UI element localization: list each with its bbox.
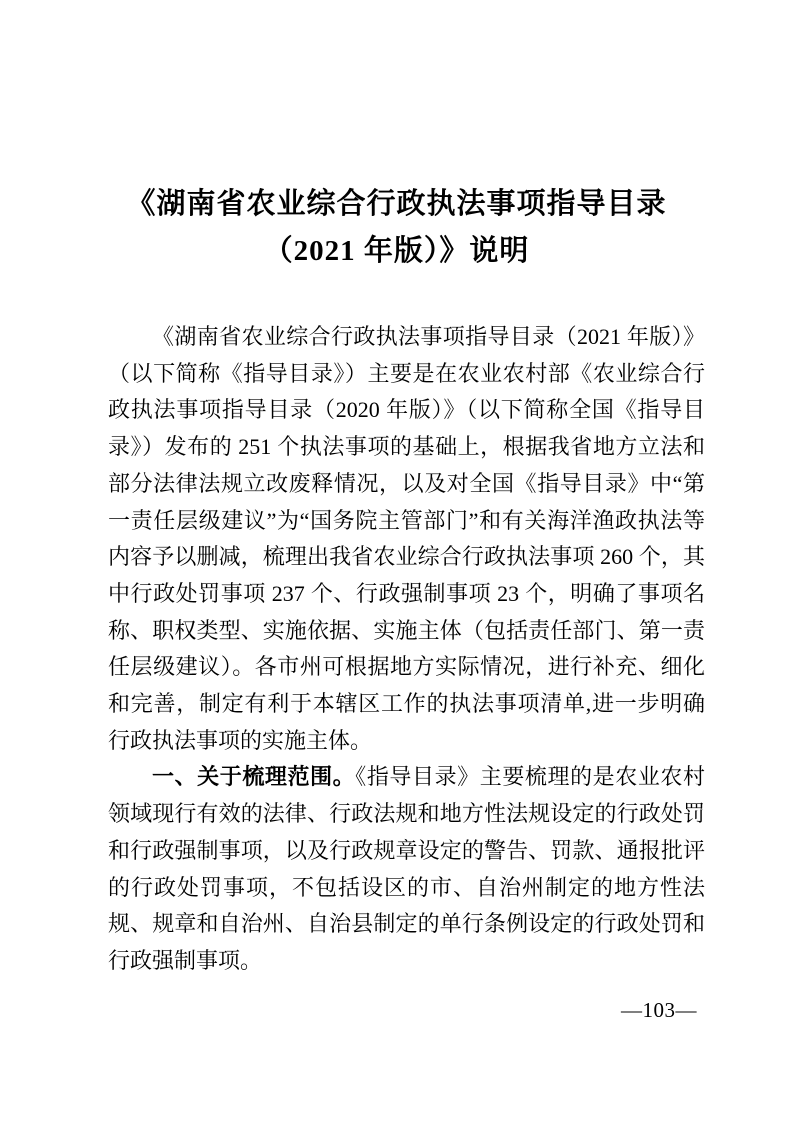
document-page: 《湖南省农业综合行政执法事项指导目录 （2021 年版）》说明 《湖南省农业综合… bbox=[0, 0, 793, 1122]
paragraph-1-text: 《湖南省农业综合行政执法事项指导目录（2021 年版）》（以下简称《指导目录》）… bbox=[108, 324, 705, 753]
paragraph-2: 一、关于梳理范围。《指导目录》主要梳理的是农业农村领域现行有效的法律、行政法规和… bbox=[108, 759, 705, 979]
page-number: —103— bbox=[621, 998, 697, 1022]
document-body: 《湖南省农业综合行政执法事项指导目录（2021 年版）》（以下简称《指导目录》）… bbox=[108, 319, 705, 980]
document-title-line2: （2021 年版）》说明 bbox=[98, 228, 695, 275]
paragraph-1: 《湖南省农业综合行政执法事项指导目录（2021 年版）》（以下简称《指导目录》）… bbox=[108, 319, 705, 759]
paragraph-2-text: 《指导目录》主要梳理的是农业农村领域现行有效的法律、行政法规和地方性法规设定的行… bbox=[108, 764, 705, 973]
document-title-line1: 《湖南省农业综合行政执法事项指导目录 bbox=[98, 181, 695, 228]
document-title: 《湖南省农业综合行政执法事项指导目录 （2021 年版）》说明 bbox=[98, 181, 695, 275]
paragraph-2-lead: 一、关于梳理范围。 bbox=[152, 764, 355, 789]
